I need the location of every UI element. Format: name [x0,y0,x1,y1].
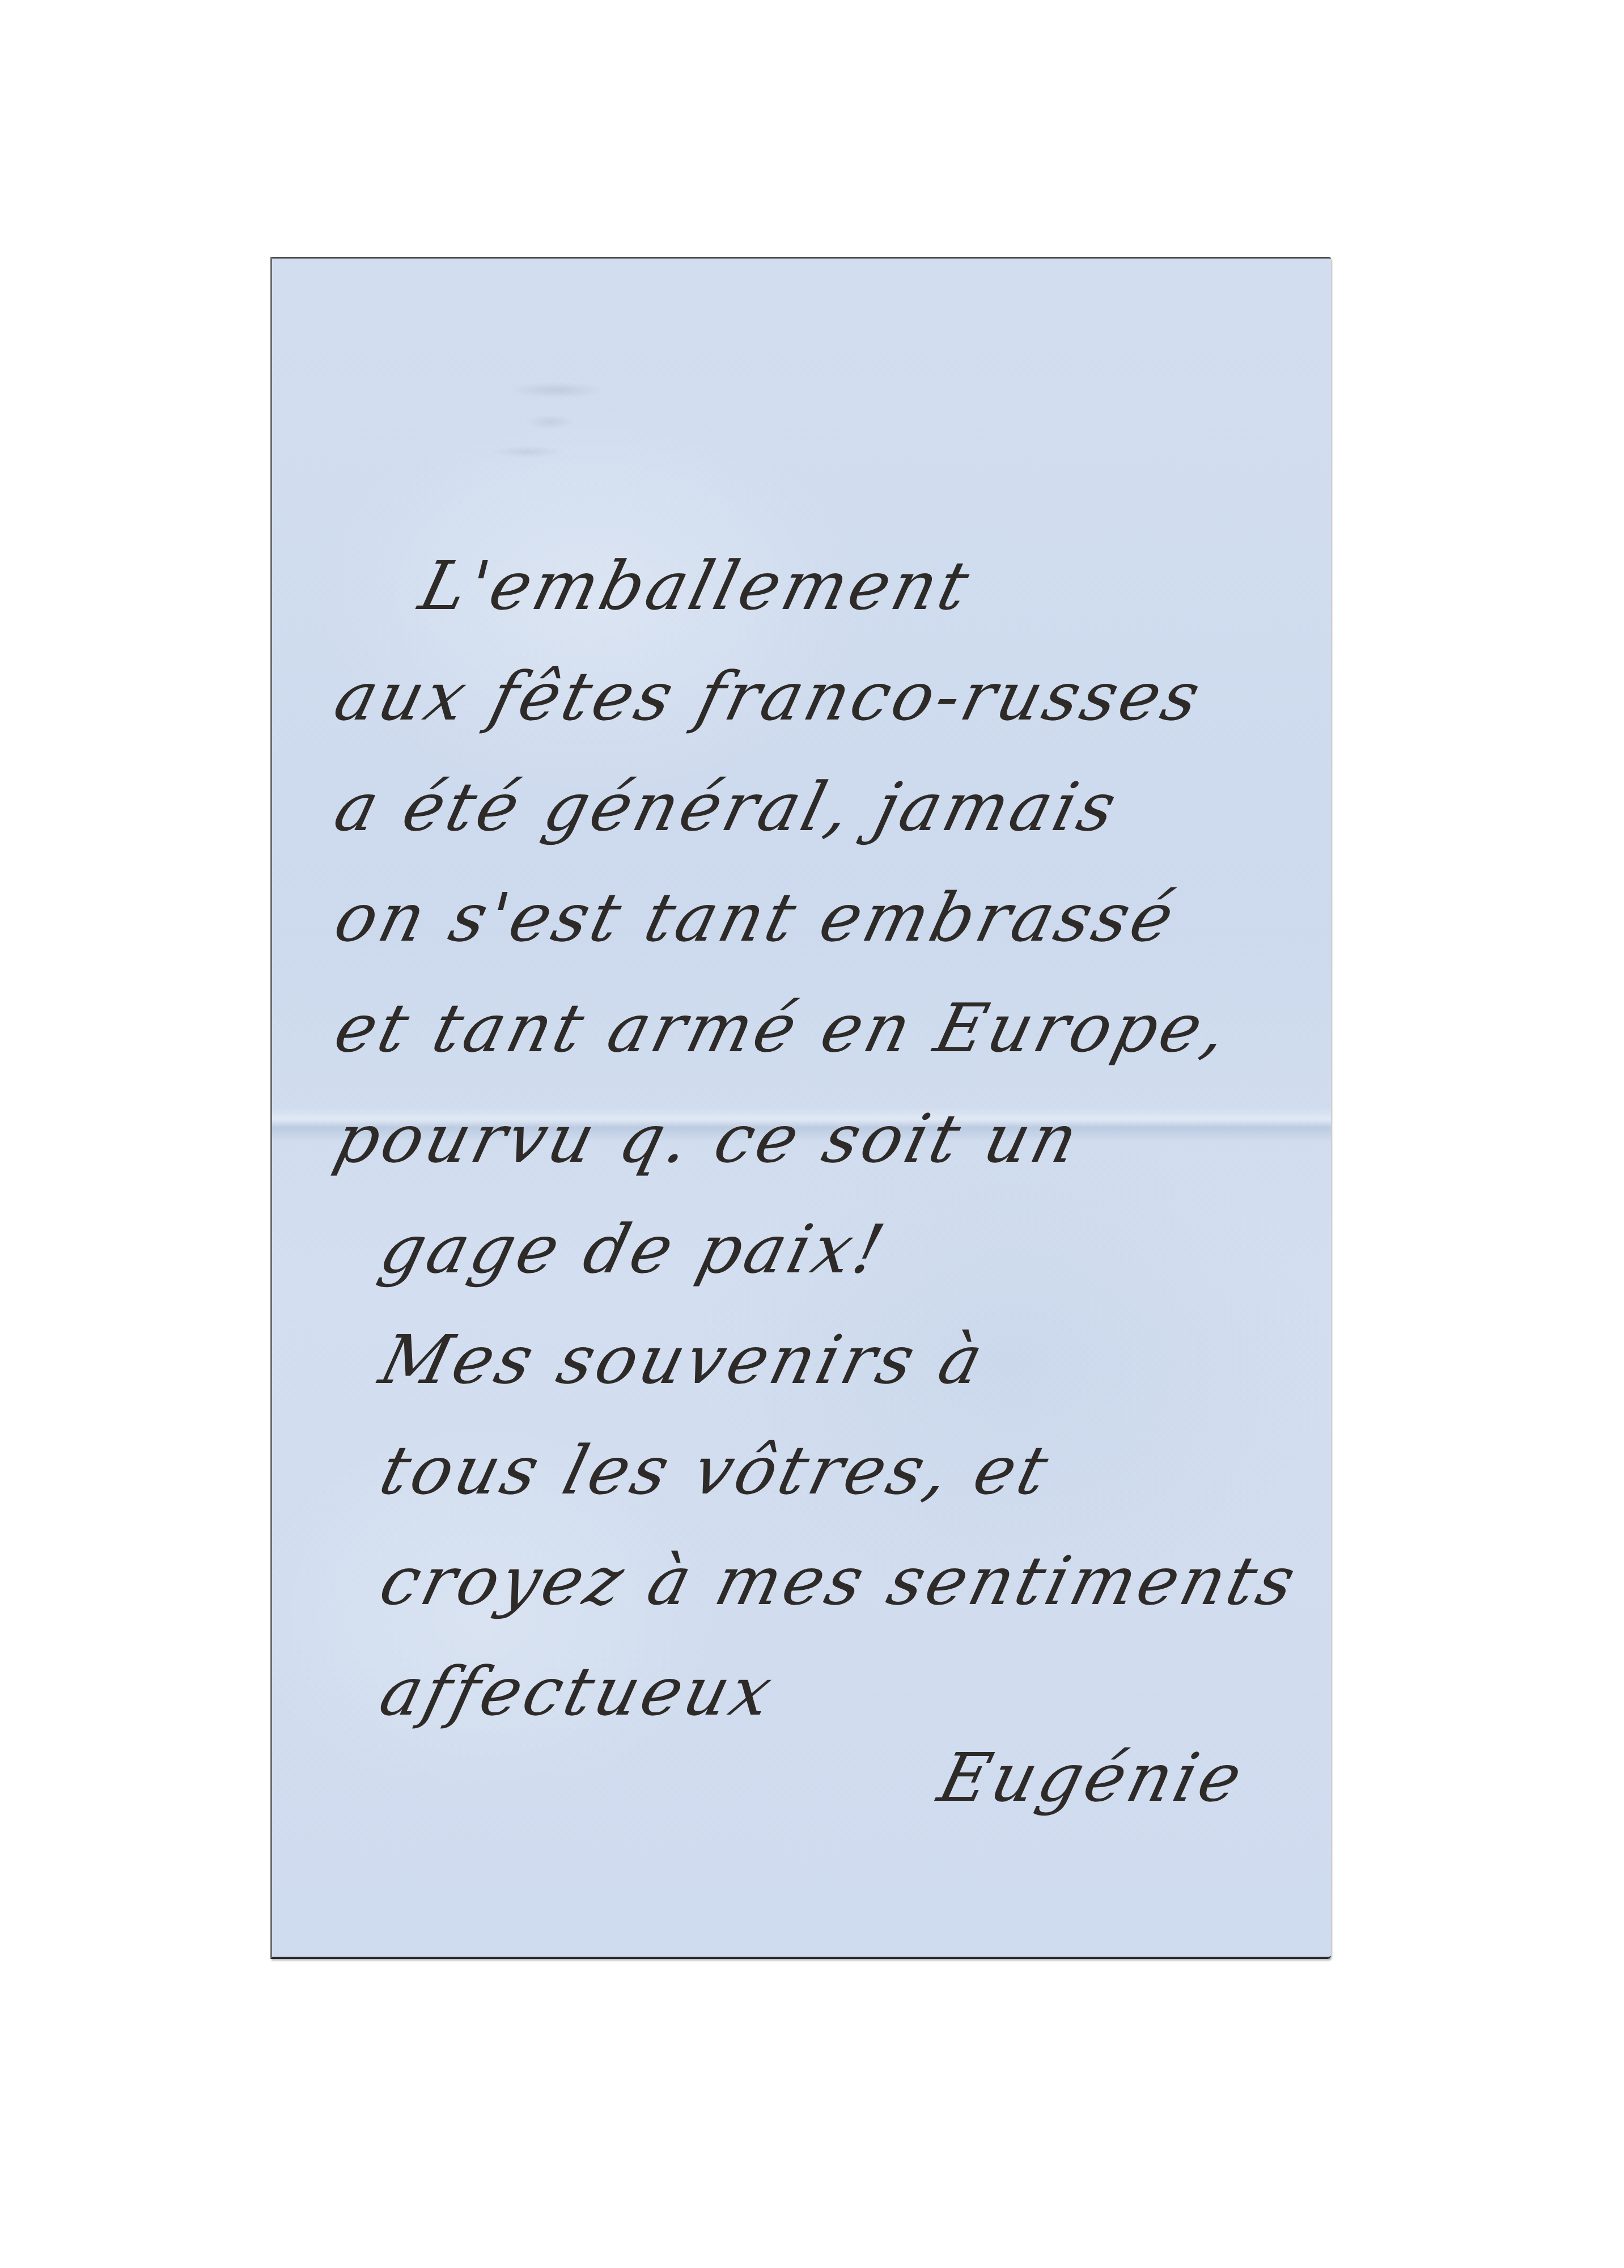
letter-line: aux fêtes franco-russes [323,641,1326,752]
letter-body: L'emballement aux fêtes franco-russes a … [323,531,1298,1747]
letter-line: Mes souvenirs à [323,1305,1326,1415]
letter-line: affectueux [323,1636,1326,1747]
letter-line: a été général, jamais [323,752,1326,862]
letter-line: on s'est tant embrassé [323,862,1326,973]
signature: Eugénie [931,1738,1253,1817]
letter-sheet: L'emballement aux fêtes franco-russes a … [270,257,1331,1959]
letter-line: et tant armé en Europe, [323,973,1326,1084]
letter-line: gage de paix! [323,1194,1326,1305]
letterhead-emboss [476,372,624,463]
letter-line: pourvu q. ce soit un [323,1084,1326,1194]
letter-line: croyez à mes sentiments [323,1526,1326,1636]
letter-line: tous les vôtres, et [323,1415,1326,1526]
letter-line: L'emballement [323,531,1326,641]
